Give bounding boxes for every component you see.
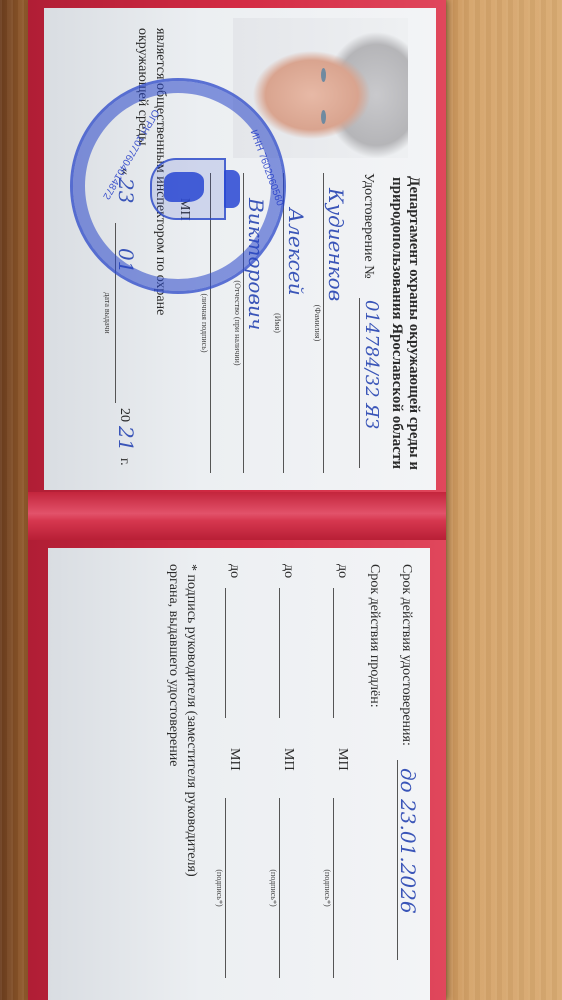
extension-row-2-signature-line (279, 798, 280, 978)
photo-eye (321, 110, 326, 124)
extension-row-1-signature-line (333, 798, 334, 978)
first-name-handwritten: Алексей (284, 208, 308, 296)
surname-line (323, 173, 324, 473)
first-name-line (283, 173, 284, 473)
crown-icon (224, 170, 240, 208)
department-title: Департамент охраны окружающей среды и пр… (388, 158, 422, 488)
extension-row-2-mp: МП (280, 748, 296, 771)
extension-row-1-mp: МП (334, 748, 350, 771)
extension-row-3-mp: МП (226, 748, 242, 771)
surname-caption: (Фамилия) (313, 173, 322, 473)
footnote-line-2: органа, выдавшего удостоверение (165, 564, 182, 984)
surname-handwritten: Кудиенков (324, 188, 348, 301)
extension-row-1-line (333, 588, 334, 718)
photo-eye (321, 68, 326, 82)
date-year-handwritten: 21 (114, 426, 138, 451)
footnote-line-1: * подпись руководителя (заместителя руко… (183, 564, 200, 984)
extension-row-3-line (225, 588, 226, 718)
date-year-prefix: 20 (116, 408, 132, 422)
extension-row-2-line (279, 588, 280, 718)
back-page: Срок действия удостоверения: до 23.01.20… (48, 548, 430, 1000)
certificate-number-handwritten: 014784/32 ЯЗ (361, 300, 382, 429)
extension-row-3-caption: (подпись*) (215, 798, 224, 978)
date-suffix: г. (116, 458, 132, 466)
extension-row-2-caption: (подпись*) (269, 798, 278, 978)
yaroslavl-coat-of-arms-icon (150, 158, 226, 220)
extension-row-2-until: до (280, 564, 296, 578)
front-page: Департамент охраны окружающей среды и пр… (44, 8, 436, 490)
extension-row-3-until: до (226, 564, 242, 578)
extended-label: Срок действия продлён: (366, 564, 382, 708)
validity-label: Срок действия удостоверения: (398, 564, 414, 746)
id-card-spine (28, 492, 446, 540)
certificate-number-line (359, 298, 360, 468)
certificate-number-label: Удостоверение № (360, 173, 376, 279)
extension-row-3-signature-line (225, 798, 226, 978)
validity-handwritten: до 23.01.2026 (396, 768, 420, 914)
extension-row-1-caption: (подпись*) (323, 798, 332, 978)
bear-icon (164, 172, 204, 202)
extension-row-1-until: до (334, 564, 350, 578)
